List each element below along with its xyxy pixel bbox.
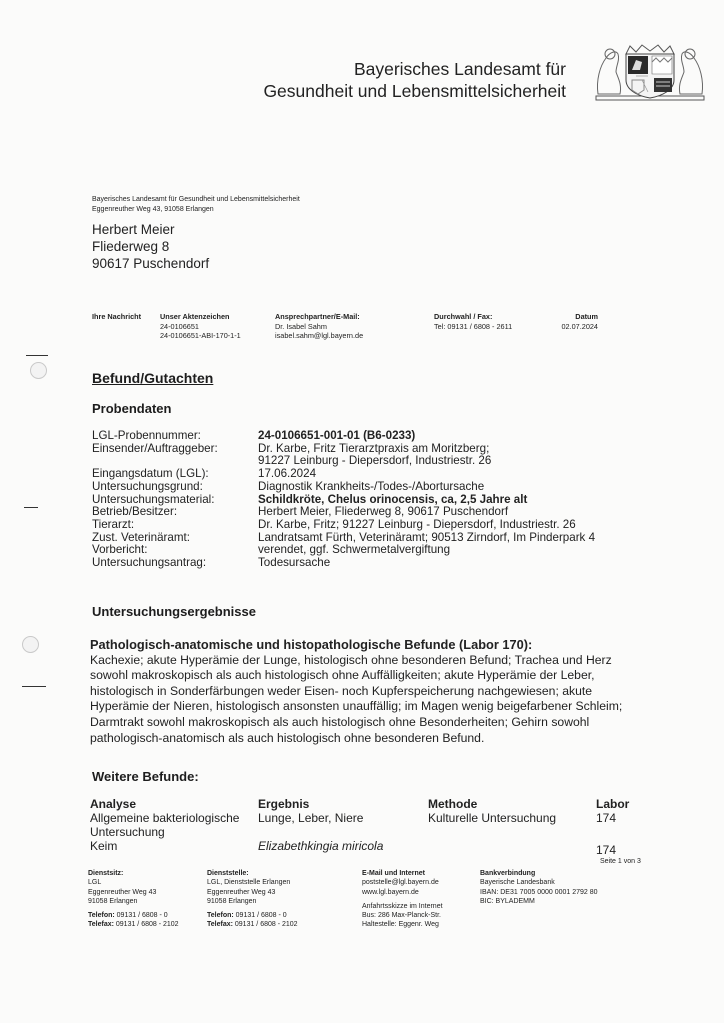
- probendaten-heading: Probendaten: [92, 401, 171, 416]
- dienstsitz-line: 91058 Erlangen: [88, 897, 179, 906]
- footer-email-link[interactable]: poststelle@lgl.bayern.de: [362, 878, 443, 887]
- probendaten-row: Untersuchungsgrund:Diagnostik Krankheits…: [92, 481, 595, 494]
- bank-name: Bayerische Landesbank: [480, 878, 598, 887]
- column-header-labor: Labor: [596, 797, 636, 811]
- punch-hole-mark: [22, 636, 39, 653]
- sender-return-address: Bayerisches Landesamt für Gesundheit und…: [92, 195, 300, 215]
- tel-label: Telefon:: [88, 912, 115, 919]
- dienstsitz-phone: 09131 / 6808 - 0: [117, 912, 168, 919]
- coat-of-arms-icon: [592, 40, 708, 104]
- pathology-title: Pathologisch-anatomische und histopathol…: [90, 637, 650, 653]
- footer-dienststelle: Dienststelle: LGL, Dienststelle Erlangen…: [207, 869, 298, 930]
- recipient-address: Herbert Meier Fliederweg 8 90617 Puschen…: [92, 221, 209, 272]
- ref-aktenzeichen: Unser Aktenzeichen 24-0106651 24-0106651…: [160, 312, 241, 341]
- probendaten-label: LGL-Probennummer:: [92, 430, 258, 443]
- tel-label: Telefon:: [207, 912, 234, 919]
- fax-label: Telefax:: [207, 921, 233, 928]
- punch-hole-mark: [30, 362, 47, 379]
- recipient-city: 90617 Puschendorf: [92, 255, 209, 272]
- cell-methode: [428, 839, 596, 857]
- cell-labor: 174: [596, 811, 636, 839]
- directions-line: Haltestelle: Eggenr. Weg: [362, 920, 443, 929]
- date-value: 02.07.2024: [543, 322, 598, 332]
- cell-ergebnis: Elizabethkingia miricola: [258, 839, 428, 857]
- probendaten-row: Eingangsdatum (LGL):17.06.2024: [92, 468, 595, 481]
- org-title-line1: Bayerisches Landesamt für: [263, 58, 566, 80]
- footer-dienstsitz: Dienstsitz: LGL Eggenreuther Weg 43 9105…: [88, 869, 179, 930]
- probendaten-list: LGL-Probennummer:24-0106651-001-01 (B6-0…: [92, 430, 595, 570]
- dienststelle-fax: 09131 / 6808 - 2102: [235, 921, 298, 928]
- probendaten-value: 24-0106651-001-01 (B6-0233): [258, 430, 415, 443]
- dienststelle-label: Dienststelle:: [207, 870, 249, 877]
- probendaten-label: Tierarzt:: [92, 519, 258, 532]
- probendaten-label: Einsender/Auftraggeber:: [92, 443, 258, 456]
- pathology-section: Pathologisch-anatomische und histopathol…: [90, 637, 650, 746]
- footer-bank: Bankverbindung Bayerische Landesbank IBA…: [480, 869, 598, 906]
- ref-date: Datum 02.07.2024: [543, 312, 598, 331]
- probendaten-value: Diagnostik Krankheits-/Todes-/Abortursac…: [258, 481, 484, 494]
- bank-label: Bankverbindung: [480, 870, 535, 877]
- fold-mark: [22, 686, 46, 687]
- contact-label: Ansprechpartner/E-Mail:: [275, 312, 360, 321]
- footer-contact: E-Mail und Internet poststelle@lgl.bayer…: [362, 869, 443, 930]
- recipient-street: Fliederweg 8: [92, 238, 209, 255]
- table-row: Allgemeine bakteriologische Untersuchung…: [90, 811, 636, 839]
- ref-contact: Ansprechpartner/E-Mail: Dr. Isabel Sahm …: [275, 312, 363, 341]
- cell-labor: 174: [596, 839, 636, 857]
- fold-mark: [26, 355, 48, 356]
- dienstsitz-line: LGL: [88, 878, 179, 887]
- report-title: Befund/Gutachten: [92, 370, 213, 386]
- dienststelle-line: 91058 Erlangen: [207, 897, 298, 906]
- probendaten-row: Tierarzt:Dr. Karbe, Fritz; 91227 Leinbur…: [92, 519, 595, 532]
- footer-web-link[interactable]: www.lgl.bayern.de: [362, 888, 443, 897]
- dienststelle-line: Eggenreuther Weg 43: [207, 888, 298, 897]
- phone-value: Tel: 09131 / 6808 - 2611: [434, 322, 512, 332]
- cell-methode: Kulturelle Untersuchung: [428, 811, 596, 839]
- weitere-heading: Weitere Befunde:: [92, 769, 199, 784]
- organization-title: Bayerisches Landesamt für Gesundheit und…: [263, 58, 566, 102]
- pathology-text: Kachexie; akute Hyperämie der Lunge, his…: [90, 653, 650, 747]
- contact-name: Dr. Isabel Sahm: [275, 322, 363, 332]
- ref-ihre-nachricht: Ihre Nachricht: [92, 312, 141, 322]
- bank-bic: BIC: BYLADEMM: [480, 897, 598, 906]
- column-header-analyse: Analyse: [90, 797, 258, 811]
- probendaten-row: LGL-Probennummer:24-0106651-001-01 (B6-0…: [92, 430, 595, 443]
- column-header-methode: Methode: [428, 797, 596, 811]
- aktenzeichen-2: 24-0106651-ABI-170-1-1: [160, 331, 241, 341]
- ihre-nachricht-label: Ihre Nachricht: [92, 312, 141, 321]
- cell-analyse: Keim: [90, 839, 258, 857]
- recipient-name: Herbert Meier: [92, 221, 209, 238]
- probendaten-label: Eingangsdatum (LGL):: [92, 468, 258, 481]
- fax-label: Telefax:: [88, 921, 114, 928]
- dienststelle-line: LGL, Dienststelle Erlangen: [207, 878, 298, 887]
- date-label: Datum: [575, 312, 598, 321]
- probendaten-value: Dr. Karbe, Fritz; 91227 Leinburg - Diepe…: [258, 519, 576, 532]
- cell-analyse: Allgemeine bakteriologische Untersuchung: [90, 811, 258, 839]
- probendaten-label: Untersuchungsgrund:: [92, 481, 258, 494]
- dienstsitz-label: Dienstsitz:: [88, 870, 123, 877]
- table-row: KeimElizabethkingia miricola174: [90, 839, 636, 857]
- probendaten-value: Todesursache: [258, 557, 330, 570]
- cell-ergebnis: Lunge, Leber, Niere: [258, 811, 428, 839]
- bank-iban: IBAN: DE31 7005 0000 0001 2792 80: [480, 888, 598, 897]
- aktenzeichen-1: 24-0106651: [160, 322, 241, 332]
- dienstsitz-fax: 09131 / 6808 - 2102: [116, 921, 179, 928]
- results-heading: Untersuchungsergebnisse: [92, 604, 256, 619]
- phone-label: Durchwahl / Fax:: [434, 312, 492, 321]
- page-number: Seite 1 von 3: [600, 858, 641, 865]
- ref-phone: Durchwahl / Fax: Tel: 09131 / 6808 - 261…: [434, 312, 512, 331]
- org-title-line2: Gesundheit und Lebensmittelsicherheit: [263, 80, 566, 102]
- dienststelle-phone: 09131 / 6808 - 0: [236, 912, 287, 919]
- aktenzeichen-label: Unser Aktenzeichen: [160, 312, 229, 321]
- email-internet-label: E-Mail und Internet: [362, 870, 425, 877]
- contact-email: isabel.sahm@lgl.bayern.de: [275, 331, 363, 341]
- weitere-befunde-table: Analyse Ergebnis Methode Labor Allgemein…: [90, 797, 636, 857]
- dienstsitz-line: Eggenreuther Weg 43: [88, 888, 179, 897]
- probendaten-row: Untersuchungsantrag:Todesursache: [92, 557, 595, 570]
- column-header-ergebnis: Ergebnis: [258, 797, 428, 811]
- sender-line-1: Bayerisches Landesamt für Gesundheit und…: [92, 195, 300, 205]
- probendaten-label: Untersuchungsantrag:: [92, 557, 258, 570]
- directions-line: Bus: 286 Max-Planck-Str.: [362, 911, 443, 920]
- fold-mark: [24, 507, 38, 508]
- probendaten-value: 17.06.2024: [258, 468, 316, 481]
- sender-line-2: Eggenreuther Weg 43, 91058 Erlangen: [92, 205, 300, 215]
- directions-line: Anfahrtsskizze im Internet: [362, 902, 443, 911]
- table-header-row: Analyse Ergebnis Methode Labor: [90, 797, 636, 811]
